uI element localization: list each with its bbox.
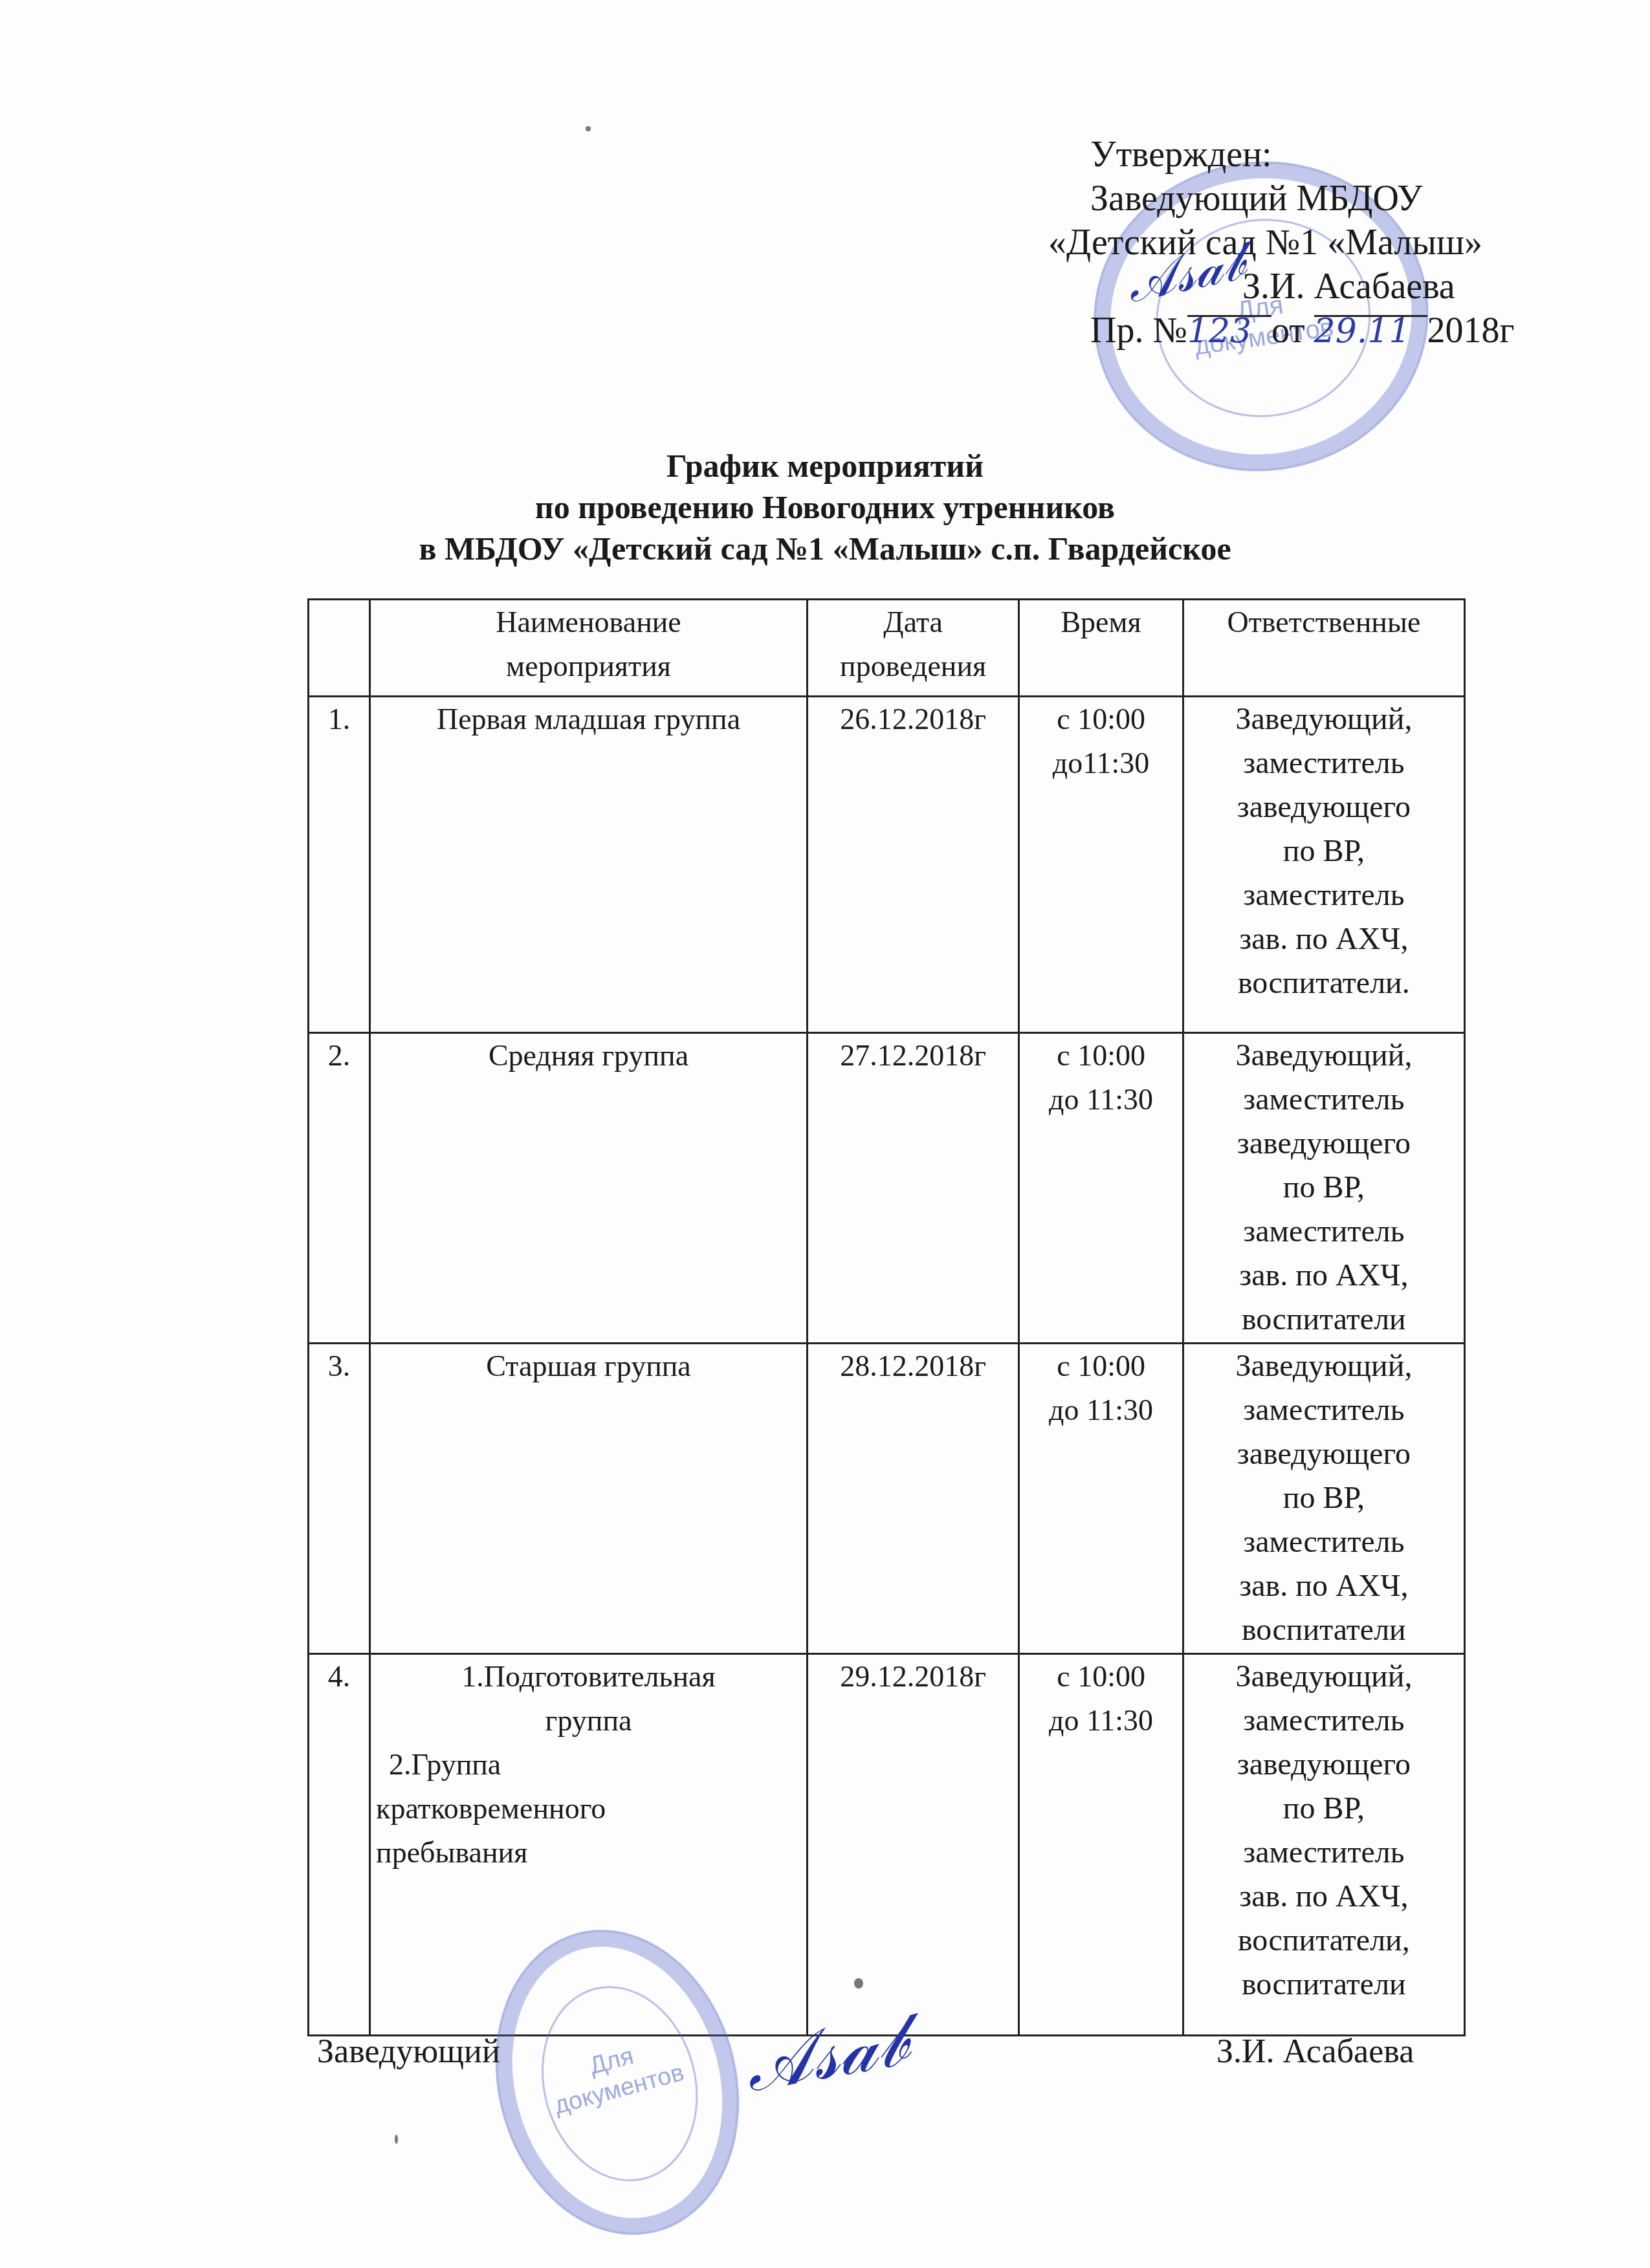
document-page: Для документов Утвержден: Заведующий МБД… <box>0 0 1650 2268</box>
event-name-line: группа <box>376 1699 801 1743</box>
header-num <box>309 600 370 697</box>
event-name: Средняя группа <box>370 1033 808 1344</box>
event-time-line: до11:30 <box>1025 741 1176 785</box>
footer-name: З.И. Асабаева <box>1216 2033 1414 2071</box>
responsible-line: зав. по АХЧ, <box>1189 1254 1458 1298</box>
responsible-line: заместитель <box>1189 1520 1458 1564</box>
approval-order: Пр. №123от 29.112018г <box>1048 309 1540 353</box>
header-time: Время <box>1019 600 1183 697</box>
approval-block: Утвержден: Заведующий МБДОУ «Детский сад… <box>1048 133 1540 353</box>
event-name: Старшая группа <box>370 1344 808 1654</box>
row-number: 3. <box>309 1344 370 1654</box>
responsible-line: воспитатели, <box>1189 1919 1458 1963</box>
event-time-line: с 10:00 <box>1025 1344 1176 1388</box>
responsible-line: воспитатели <box>1189 1963 1458 2007</box>
event-responsible: Заведующий,заместительзаведующегопо ВР,з… <box>1183 1344 1464 1654</box>
order-year: 2018г <box>1427 311 1515 351</box>
event-responsible: Заведующий,заместительзаведующегопо ВР,з… <box>1183 697 1464 1033</box>
order-number: 123 <box>1187 312 1251 351</box>
event-name-line: 2.Группа <box>376 1743 801 1787</box>
row-number: 4. <box>309 1654 370 2036</box>
event-name-line: пребывания <box>376 1831 801 1875</box>
responsible-line: Заведующий, <box>1189 697 1458 741</box>
event-date: 28.12.2018г <box>807 1344 1018 1654</box>
event-responsible: Заведующий,заместительзаведующегопо ВР,з… <box>1183 1654 1464 2036</box>
event-responsible: Заведующий,заместительзаведующегопо ВР,з… <box>1183 1033 1464 1344</box>
event-date: 26.12.2018г <box>807 697 1018 1033</box>
event-date: 29.12.2018г <box>807 1654 1018 2036</box>
responsible-line: заведующего <box>1189 1432 1458 1476</box>
scan-speck <box>395 2135 398 2144</box>
scan-speck <box>586 126 591 131</box>
event-time-line: с 10:00 <box>1025 697 1176 741</box>
title-line-1: График мероприятий <box>0 445 1650 486</box>
event-time-line: с 10:00 <box>1025 1034 1176 1078</box>
responsible-line: Заведующий, <box>1189 1034 1458 1078</box>
responsible-line: Заведующий, <box>1189 1344 1458 1388</box>
responsible-line: заведующего <box>1189 1743 1458 1787</box>
event-time: с 10:00до 11:30 <box>1019 1654 1183 2036</box>
table-row: 4.1.Подготовительнаягруппа2.Группакратко… <box>309 1654 1465 2036</box>
event-name-line: кратковременного <box>376 1787 801 1831</box>
responsible-line: воспитатели. <box>1189 961 1458 1005</box>
event-name: Первая младшая группа <box>370 697 808 1033</box>
responsible-line: воспитатели <box>1189 1298 1458 1342</box>
responsible-line: заместитель <box>1189 1699 1458 1743</box>
responsible-line: воспитатели <box>1189 1608 1458 1652</box>
table-row: 1.Первая младшая группа26.12.2018гс 10:0… <box>309 697 1465 1033</box>
event-time-line: до 11:30 <box>1025 1699 1176 1743</box>
schedule-table: Наименованиемероприятия Датапроведения В… <box>307 598 1466 2036</box>
order-date: 29.11 <box>1314 312 1411 351</box>
responsible-line: заместитель <box>1189 1210 1458 1254</box>
row-number: 1. <box>309 697 370 1033</box>
responsible-line: по ВР, <box>1189 1476 1458 1520</box>
responsible-line: заведующего <box>1189 1122 1458 1166</box>
event-name-line: Старшая группа <box>376 1344 801 1388</box>
responsible-line: заместитель <box>1189 1078 1458 1122</box>
event-name-line: Средняя группа <box>376 1034 801 1078</box>
document-title: График мероприятий по проведению Новогод… <box>0 445 1650 569</box>
event-time: с 10:00до11:30 <box>1019 697 1183 1033</box>
responsible-line: по ВР, <box>1189 829 1458 873</box>
event-date: 27.12.2018г <box>807 1033 1018 1344</box>
responsible-line: по ВР, <box>1189 1166 1458 1210</box>
table-row: 3.Старшая группа28.12.2018гс 10:00до 11:… <box>309 1344 1465 1654</box>
event-name-line: Первая младшая группа <box>376 697 801 741</box>
responsible-line: заместитель <box>1189 1388 1458 1432</box>
approval-position: Заведующий МБДОУ <box>1048 177 1540 221</box>
event-time: с 10:00до 11:30 <box>1019 1344 1183 1654</box>
responsible-line: зав. по АХЧ, <box>1189 1564 1458 1608</box>
event-name-line: 1.Подготовительная <box>376 1655 801 1699</box>
order-date-field: 29.11 <box>1314 309 1427 317</box>
header-name: Наименованиемероприятия <box>370 600 808 697</box>
approval-heading: Утвержден: <box>1048 133 1540 177</box>
header-date: Датапроведения <box>807 600 1018 697</box>
responsible-line: заместитель <box>1189 873 1458 917</box>
footer-role: Заведующий <box>317 2033 500 2071</box>
event-time-line: с 10:00 <box>1025 1655 1176 1699</box>
order-number-field: 123 <box>1187 309 1271 317</box>
responsible-line: зав. по АХЧ, <box>1189 917 1458 961</box>
responsible-line: заместитель <box>1189 741 1458 785</box>
event-time-line: до 11:30 <box>1025 1078 1176 1122</box>
responsible-line: заведующего <box>1189 785 1458 829</box>
responsible-line: зав. по АХЧ, <box>1189 1875 1458 1919</box>
responsible-line: Заведующий, <box>1189 1655 1458 1699</box>
approval-signatory: З.И. Асабаева <box>1048 265 1540 309</box>
header-responsible: Ответственные <box>1183 600 1464 697</box>
table-row: 2.Средняя группа27.12.2018гс 10:00до 11:… <box>309 1033 1465 1344</box>
title-line-2: по проведению Новогодних утренников <box>0 486 1650 528</box>
order-prefix: Пр. № <box>1090 311 1187 351</box>
order-from-label: от <box>1271 311 1305 351</box>
title-line-3: в МБДОУ «Детский сад №1 «Малыш» с.п. Гва… <box>0 528 1650 569</box>
table-header-row: Наименованиемероприятия Датапроведения В… <box>309 600 1465 697</box>
row-number: 2. <box>309 1033 370 1344</box>
scan-speck <box>854 1978 863 1989</box>
event-time-line: до 11:30 <box>1025 1388 1176 1432</box>
responsible-line: по ВР, <box>1189 1787 1458 1831</box>
event-time: с 10:00до 11:30 <box>1019 1033 1183 1344</box>
responsible-line: заместитель <box>1189 1831 1458 1875</box>
